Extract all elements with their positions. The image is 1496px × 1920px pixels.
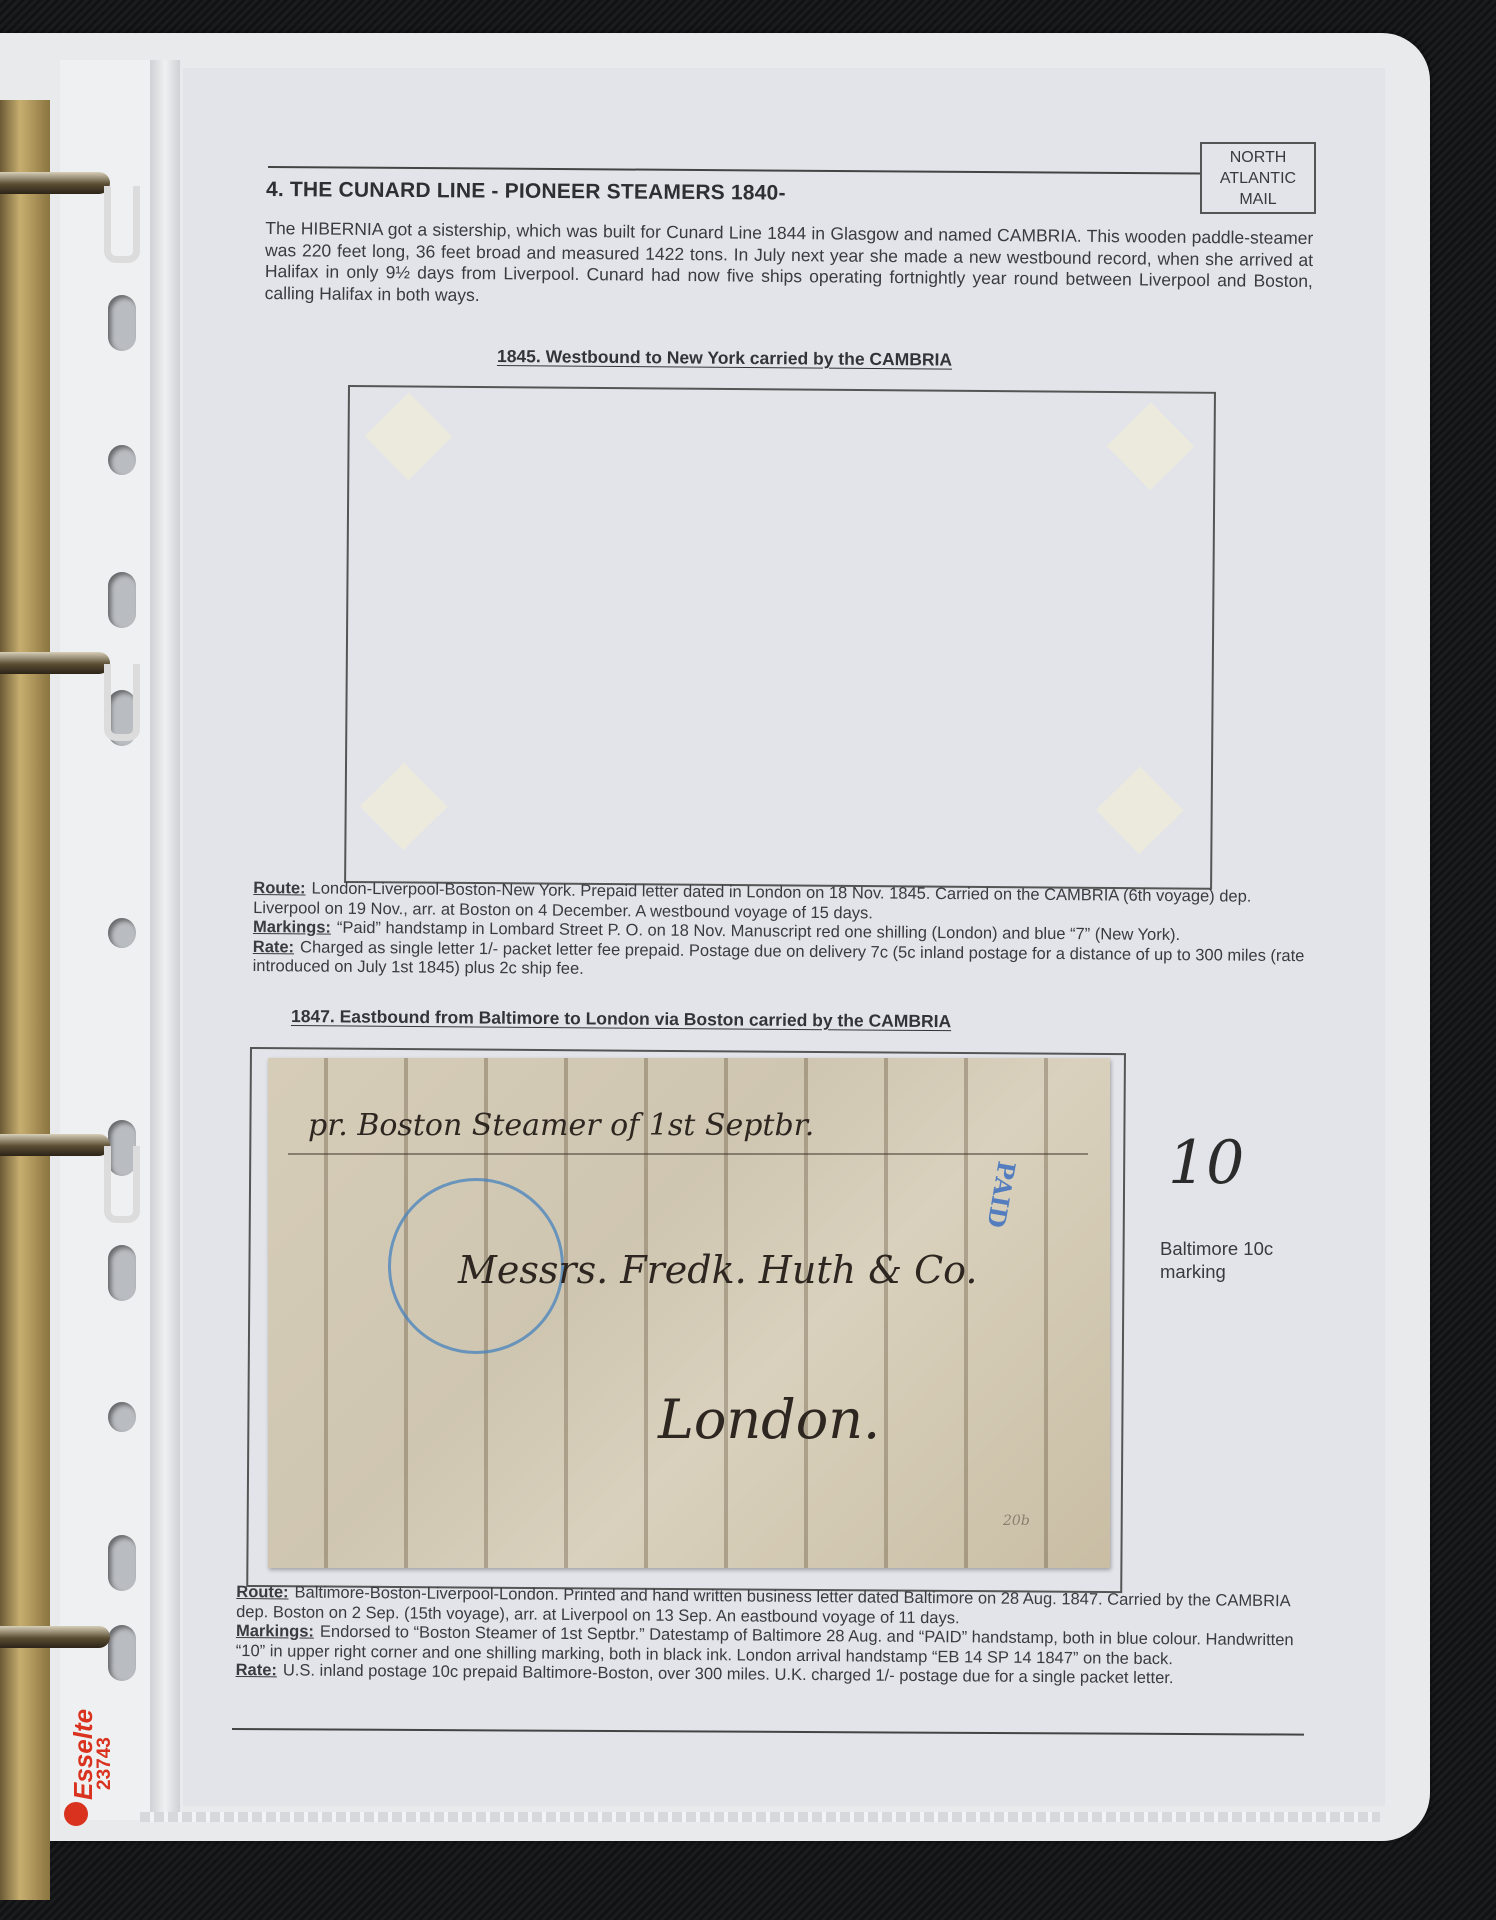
item1-cover-frame (344, 385, 1216, 890)
brand-label: Esselte 23743 (60, 1690, 120, 1820)
north-atlantic-mail-box: NORTH ATLANTIC MAIL (1200, 142, 1316, 214)
binder-ring (0, 1626, 110, 1648)
cover-fold-line (288, 1153, 1088, 1155)
photo-corner-mount (360, 763, 448, 851)
binder-ring (0, 172, 110, 194)
route-text: Baltimore-Boston-Liverpool-London. Print… (236, 1584, 1290, 1627)
punch-hole (108, 1245, 136, 1301)
baltimore-10c-marking: 10 (1168, 1128, 1244, 1198)
cover-addressee: Messrs. Fredk. Huth & Co. (458, 1248, 977, 1292)
photo-corner-mount (1107, 402, 1195, 490)
markings-text: Endorsed to “Boston Steamer of 1st Septb… (236, 1623, 1294, 1668)
label-line: MAIL (1239, 189, 1276, 210)
markings-label: Markings: (253, 918, 331, 937)
label-line: NORTH (1230, 147, 1287, 168)
section-title: 4. THE CUNARD LINE - PIONEER STEAMERS 18… (266, 178, 786, 206)
binder-ring-hook (104, 186, 140, 263)
cover-city: London. (658, 1388, 880, 1451)
binder-ring (0, 652, 110, 674)
binder-ring (0, 1134, 110, 1156)
binder-ring-hook (104, 1146, 140, 1223)
rate-label: Rate: (236, 1661, 277, 1679)
product-number: 23743 (94, 1737, 116, 1790)
punch-hole (108, 918, 136, 948)
item1-description: Route:London-Liverpool-Boston-New York. … (253, 879, 1310, 986)
label-line: ATLANTIC (1220, 168, 1296, 189)
item2-description: Route:Baltimore-Boston-Liverpool-London.… (236, 1583, 1309, 1690)
cover-endorsement: pr. Boston Steamer of 1st Septbr. (308, 1108, 814, 1143)
punch-hole (108, 572, 136, 628)
punch-hole (108, 1535, 136, 1591)
route-label: Route: (236, 1583, 288, 1601)
side-caption: Baltimore 10c marking (1160, 1237, 1273, 1283)
sleeve-perforation (140, 1812, 1380, 1822)
route-label: Route: (253, 879, 305, 897)
punch-hole (108, 1625, 136, 1681)
sleeve-seam (150, 60, 180, 1820)
punch-hole (108, 1402, 136, 1432)
binder-ring-hook (104, 664, 140, 741)
intro-paragraph: The HIBERNIA got a sistership, which was… (265, 218, 1314, 314)
markings-label: Markings: (236, 1622, 314, 1641)
route-text: London-Liverpool-Boston-New York. Prepai… (253, 880, 1251, 922)
pencil-note: 20b (1003, 1513, 1030, 1529)
photo-corner-mount (1096, 766, 1184, 854)
caption-line: marking (1160, 1260, 1273, 1283)
item2-cover-image: pr. Boston Steamer of 1st Septbr. PAID M… (268, 1058, 1110, 1568)
rate-label: Rate: (253, 937, 294, 955)
punch-hole (108, 445, 136, 475)
punch-hole (108, 295, 136, 351)
esselte-logo-icon (64, 1802, 88, 1826)
photo-corner-mount (365, 393, 453, 481)
item1-heading: 1845. Westbound to New York carried by t… (497, 346, 952, 371)
caption-line: Baltimore 10c (1160, 1237, 1273, 1260)
